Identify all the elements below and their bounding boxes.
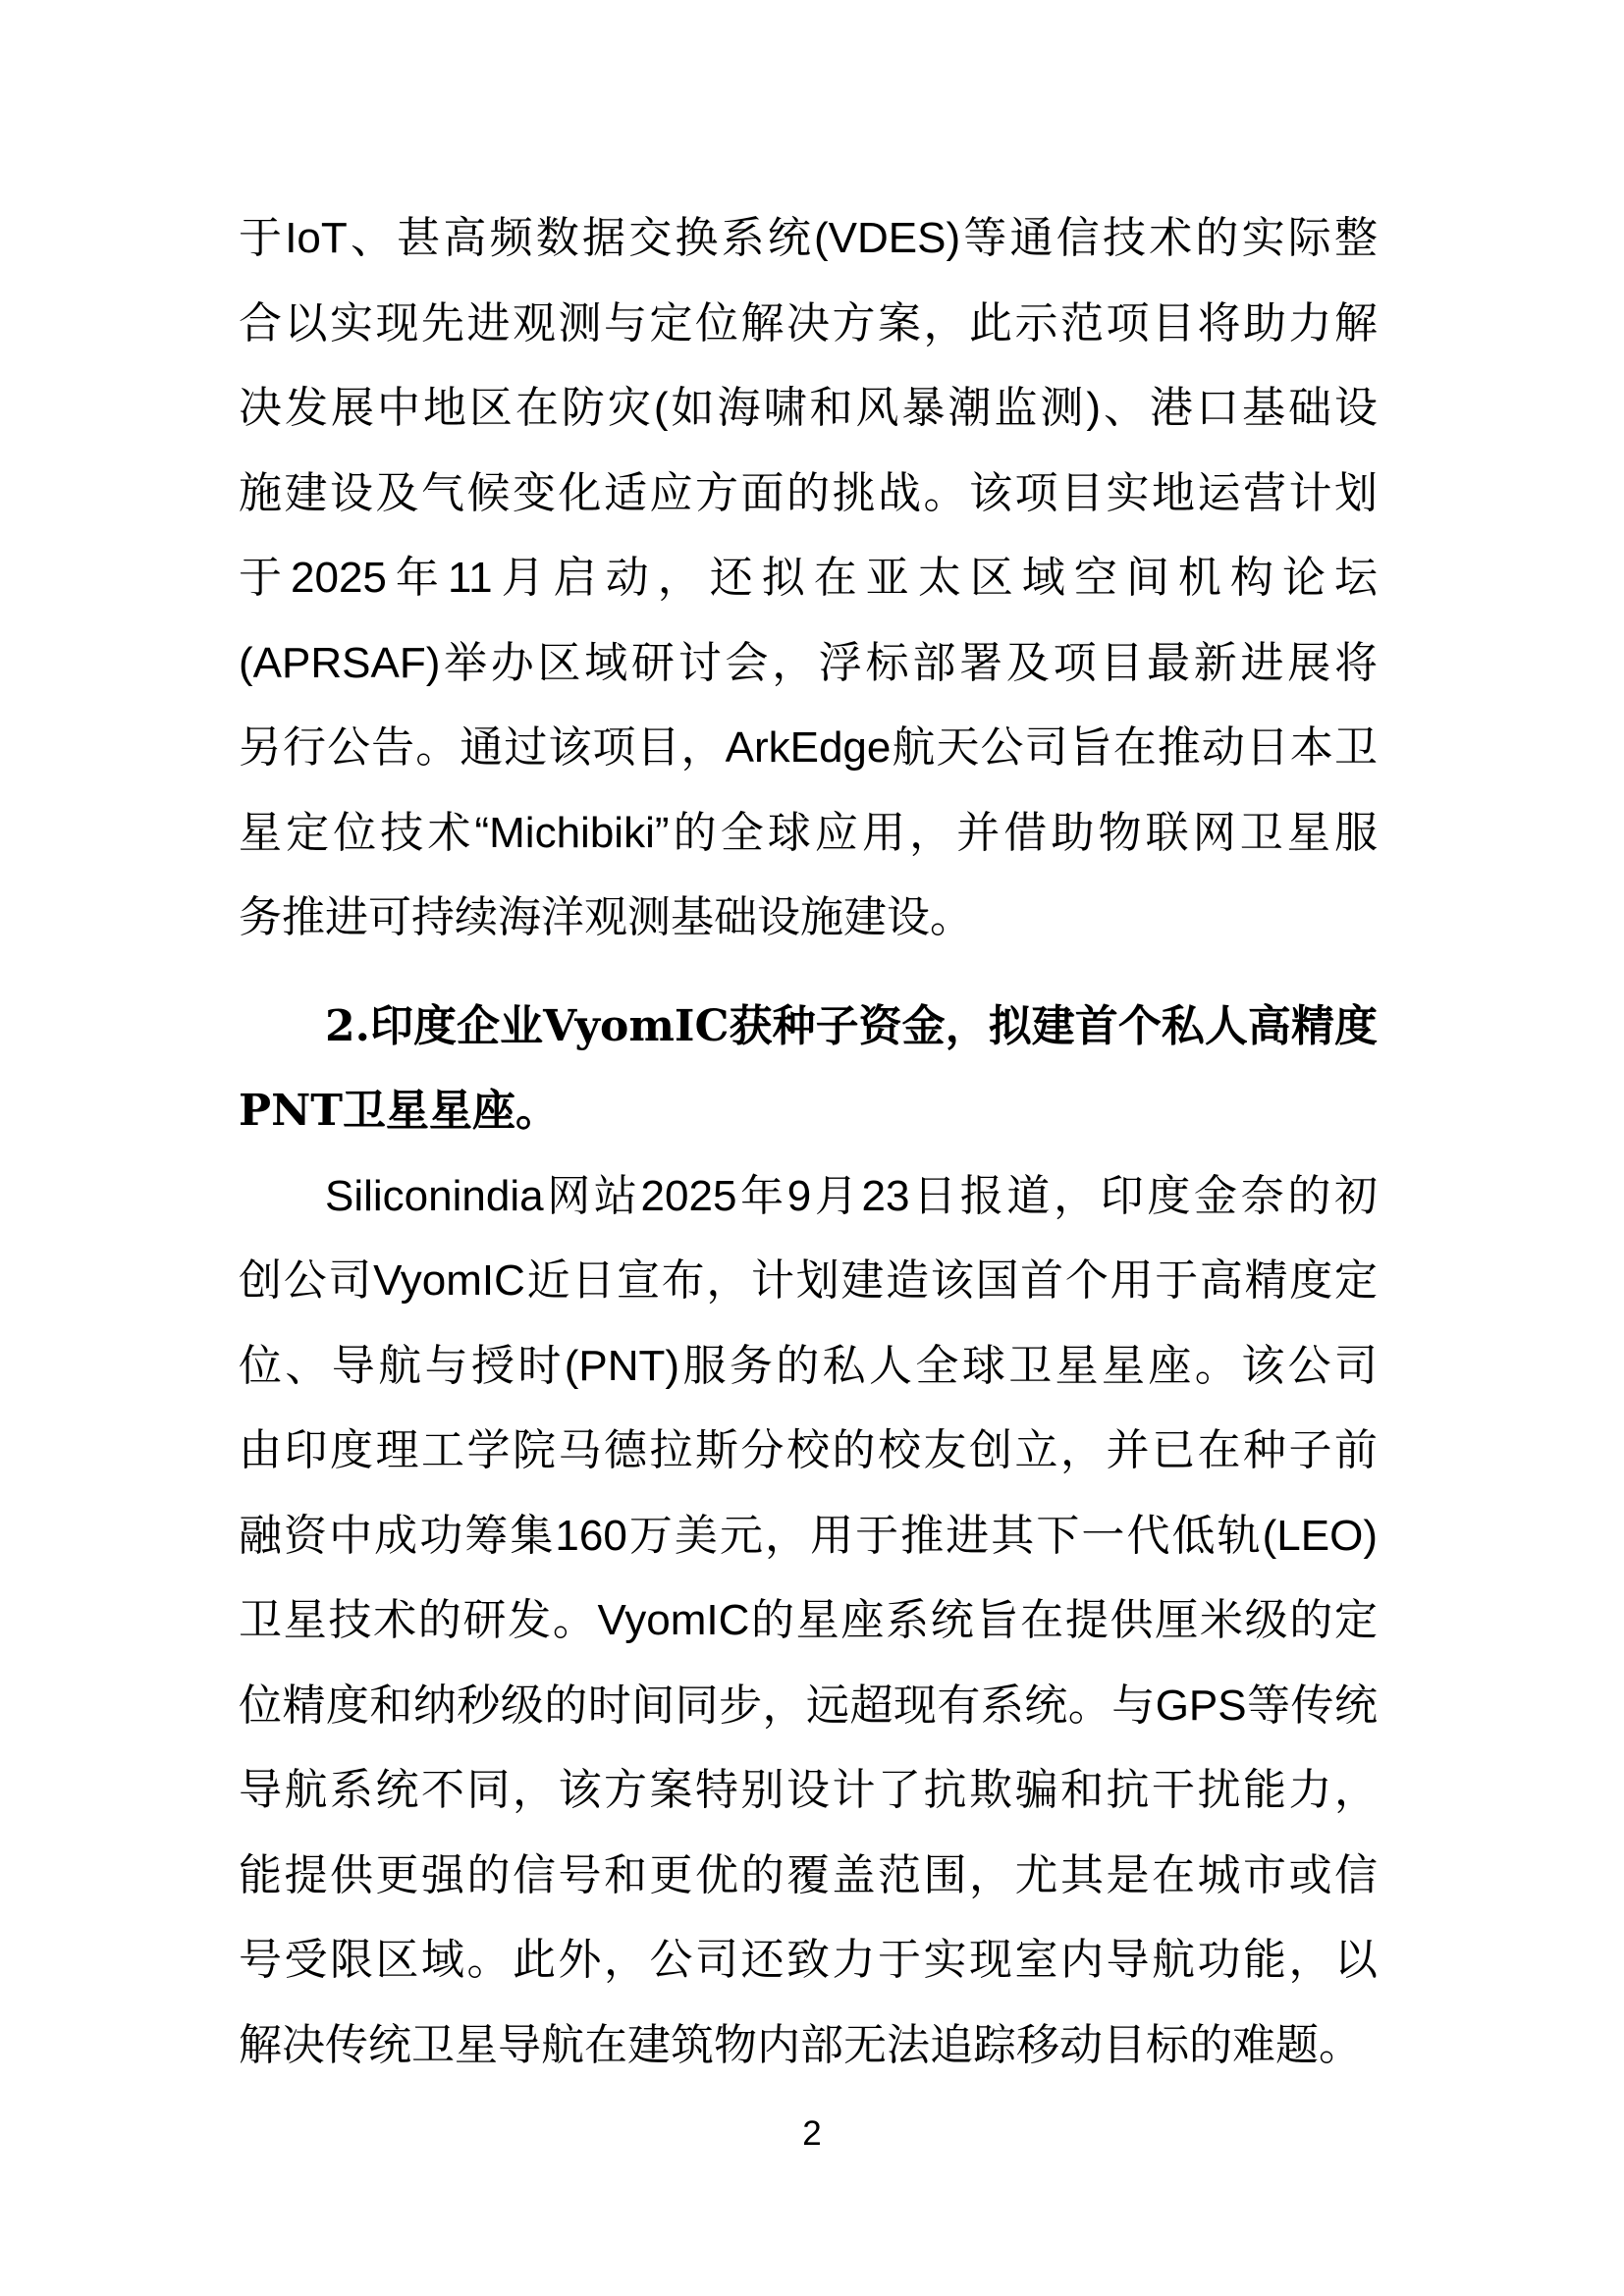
- paragraph2-line: 能提供更强的信号和更优的覆盖范围，尤其是在城市或信: [239, 1834, 1378, 1919]
- paragraph1-line: 另行公告。通过该项目，ArkEdge航天公司旨在推动日本卫: [239, 706, 1378, 791]
- paragraph1-line: 决发展中地区在防灾(如海啸和风暴潮监测)、港口基础设: [239, 366, 1378, 452]
- document-body: 于IoT、甚高频数据交换系统(VDES)等通信技术的实际整 合以实现先进观测与定…: [239, 196, 1378, 2088]
- paragraph1-line: 施建设及气候变化适应方面的挑战。该项目实地运营计划: [239, 452, 1378, 537]
- paragraph2-line: Siliconindia网站2025年9月23日报道，印度金奈的初: [239, 1154, 1378, 1240]
- paragraph2-line: 融资中成功筹集160万美元，用于推进其下一代低轨(LEO): [239, 1494, 1378, 1579]
- paragraph2-line: 号受限区域。此外，公司还致力于实现室内导航功能，以: [239, 1918, 1378, 2003]
- section-heading-line: PNT卫星星座。: [239, 1069, 1378, 1154]
- paragraph1-line: 合以实现先进观测与定位解决方案，此示范项目将助力解: [239, 282, 1378, 367]
- section-heading-line: 2.印度企业VyomIC获种子资金，拟建首个私人高精度: [239, 985, 1378, 1070]
- paragraph1-line: 于IoT、甚高频数据交换系统(VDES)等通信技术的实际整: [239, 196, 1378, 282]
- paragraph2-line: 位、导航与授时(PNT)服务的私人全球卫星星座。该公司: [239, 1324, 1378, 1410]
- document-page: 于IoT、甚高频数据交换系统(VDES)等通信技术的实际整 合以实现先进观测与定…: [0, 0, 1624, 2296]
- paragraph2-line: 卫星技术的研发。VyomIC的星座系统旨在提供厘米级的定: [239, 1578, 1378, 1664]
- paragraph2-line: 解决传统卫星导航在建筑物内部无法追踪移动目标的难题。: [239, 2003, 1378, 2089]
- paragraph1-line: 于2025年11月启动，还拟在亚太区域空间机构论坛: [239, 536, 1378, 621]
- paragraph2-line: 位精度和纳秒级的时间同步，远超现有系统。与GPS等传统: [239, 1664, 1378, 1749]
- paragraph1-line: (APRSAF)举办区域研讨会，浮标部署及项目最新进展将: [239, 621, 1378, 707]
- paragraph1-line: 星定位技术“Michibiki”的全球应用，并借助物联网卫星服: [239, 791, 1378, 877]
- paragraph2-line: 创公司VyomIC近日宣布，计划建造该国首个用于高精度定: [239, 1239, 1378, 1324]
- page-number: 2: [0, 2112, 1624, 2156]
- section-heading: 2.印度企业VyomIC获种子资金，拟建首个私人高精度 PNT卫星星座。: [239, 985, 1378, 1154]
- paragraph1-line: 务推进可持续海洋观测基础设施建设。: [239, 876, 1378, 961]
- paragraph2-line: 由印度理工学院马德拉斯分校的校友创立，并已在种子前: [239, 1409, 1378, 1494]
- paragraph2-line: 导航系统不同，该方案特别设计了抗欺骗和抗干扰能力，: [239, 1748, 1378, 1834]
